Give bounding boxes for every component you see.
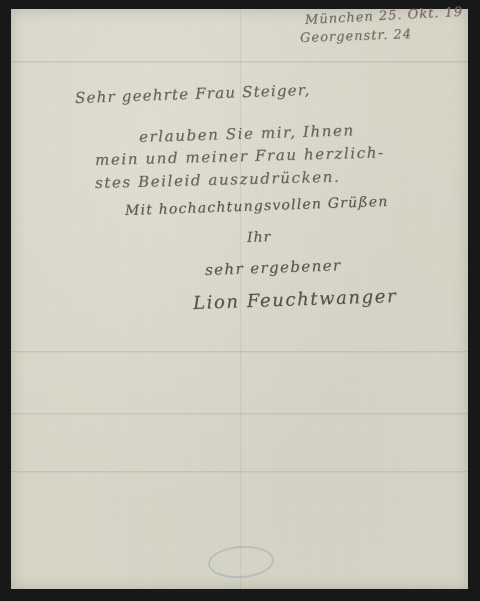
closing-line: Mit hochachtungsvollen Grüßen [125,194,389,219]
salutation-line: Sehr geehrte Frau Steiger, [75,81,311,107]
valediction-line: sehr ergebener [205,256,342,279]
date-line: München 25. Okt. 19 [305,5,464,28]
letter-paper: München 25. Okt. 19 Georgenstr. 24 Sehr … [11,9,468,589]
signature: Lion Feuchtwanger [193,286,398,314]
closing-pronoun: Ihr [247,229,272,246]
body-line: erlauben Sie mir, Ihnen [139,121,355,146]
address-line: Georgenstr. 24 [300,27,412,46]
scanned-letter-image: München 25. Okt. 19 Georgenstr. 24 Sehr … [0,0,480,601]
stamp-text: · · · · · [228,558,255,567]
oval-archive-stamp-icon: · · · · · [207,544,275,581]
body-line: stes Beileid auszudrücken. [95,168,341,192]
body-line: mein und meiner Frau herzlich- [95,143,385,169]
